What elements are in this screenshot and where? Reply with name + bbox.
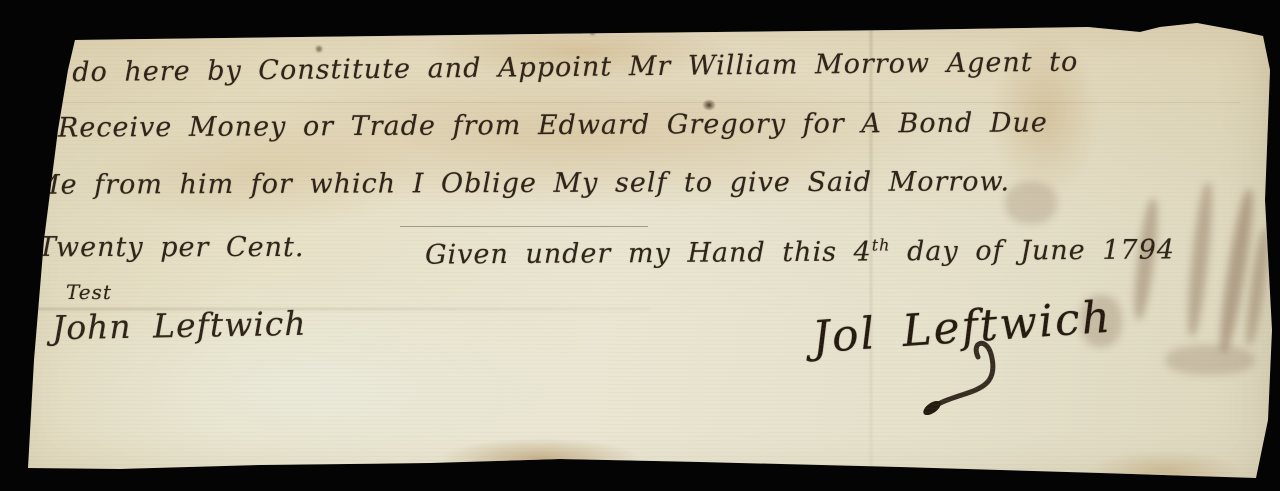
manuscript-line-2: Receive Money or Trade from Edward Grego… <box>58 107 1048 143</box>
ink-bleedthrough-mark <box>1215 188 1258 354</box>
manuscript-paper: I do here by Constitute and Appoint Mr W… <box>0 0 1280 491</box>
ink-bleedthrough-mark <box>1243 228 1272 347</box>
manuscript-line-4-left: Twenty per Cent. <box>38 232 304 263</box>
scanner-background: I do here by Constitute and Appoint Mr W… <box>0 0 1280 491</box>
dateline-text: Given under my Hand this 4 <box>425 236 872 270</box>
paper-speck <box>590 30 595 35</box>
attestation-label: Test <box>66 280 112 304</box>
paper-stain-bottom-right <box>1090 450 1240 491</box>
upper-fold-crease <box>60 102 1240 103</box>
paper-stain-bottom-edge <box>440 438 640 480</box>
witness-signature: John Leftwich <box>52 304 307 347</box>
manuscript-line-1: I do here by Constitute and Appoint Mr W… <box>44 47 1079 89</box>
ink-bleedthrough-mark <box>1005 182 1057 224</box>
manuscript-line-3: Me from him for which I Oblige My self t… <box>32 166 1010 200</box>
manuscript-line-4-right: Given under my Hand this 4th day of June… <box>425 233 1175 270</box>
ordinal-superscript: th <box>872 235 891 254</box>
paper-speck <box>316 46 322 52</box>
ink-bleedthrough-mark <box>1184 182 1216 338</box>
ink-bleedthrough-mark <box>1165 345 1255 375</box>
principal-signature: Jol Leftwich <box>811 292 1114 364</box>
dateline-text: day of June 1794 <box>890 234 1175 267</box>
faint-ruled-line <box>400 226 648 227</box>
